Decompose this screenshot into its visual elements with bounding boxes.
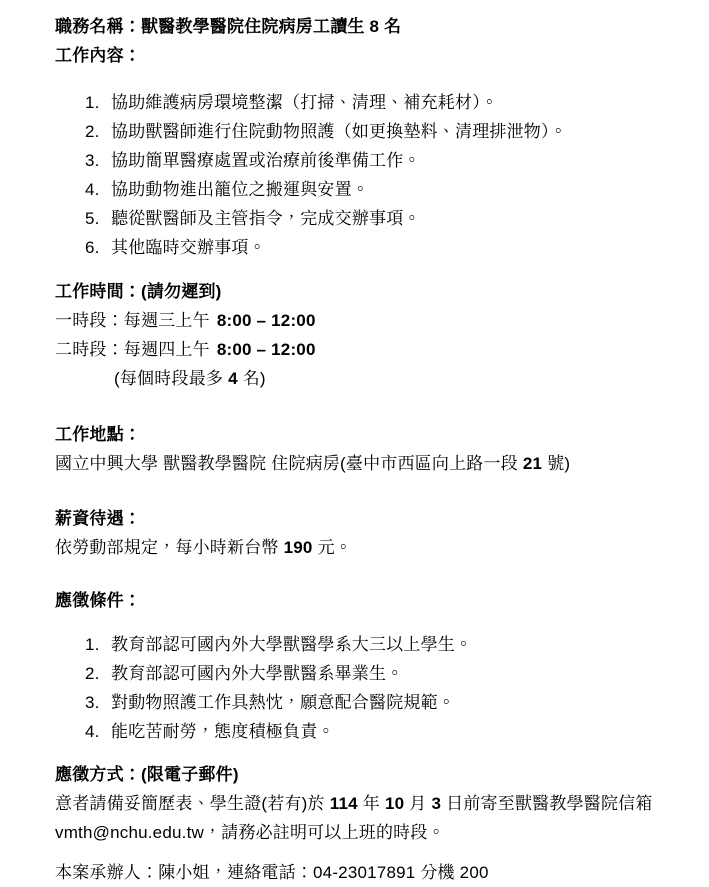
application-instructions-line2: vmth@nchu.edu.tw，請務必註明可以上班的時段。 xyxy=(55,818,685,847)
list-item-text: 協助維護病房環境整潔（打掃、清理、補充耗材）。 xyxy=(111,88,685,117)
list-item: 5. 聽從獸醫師及主管指令，完成交辦事項。 xyxy=(85,204,685,233)
application-section: 應徵方式：(限電子郵件) 意者請備妥簡歷表、學生證(若有)於114年10月3日前… xyxy=(55,760,685,847)
deadline-day: 3 xyxy=(431,794,441,813)
application-method-heading: 應徵方式：(限電子郵件) xyxy=(55,760,685,789)
list-item-number: 6. xyxy=(85,233,111,262)
list-item-number: 1. xyxy=(85,630,111,659)
contact-phone: 04-23017891 分機 200 xyxy=(313,863,489,882)
list-item-number: 4. xyxy=(85,175,111,204)
list-item-number: 4. xyxy=(85,717,111,746)
application-text: ，請務必註明可以上班的時段。 xyxy=(204,823,445,842)
requirements-section: 應徵條件： 1. 教育部認可國內外大學獸醫學系大三以上學生。 2. 教育部認可國… xyxy=(55,586,685,746)
job-title-line: 職務名稱：獸醫教學醫院住院病房工讀生 8 名 xyxy=(55,12,685,41)
street-number: 21 xyxy=(523,454,542,473)
list-item: 3. 對動物照護工作具熱忱，願意配合醫院規範。 xyxy=(85,688,685,717)
location-text: 國立中興大學 獸醫教學醫院 住院病房(臺中市西區向上路一段 xyxy=(55,454,518,473)
list-item-number: 2. xyxy=(85,117,111,146)
salary-section: 薪資待遇： 依勞動部規定，每小時新台幣190元。 xyxy=(55,504,685,562)
salary-value: 依勞動部規定，每小時新台幣190元。 xyxy=(55,533,685,562)
list-item: 4. 能吃苦耐勞，態度積極負責。 xyxy=(85,717,685,746)
work-location-heading: 工作地點： xyxy=(55,420,685,449)
list-item: 2. 教育部認可國內外大學獸醫系畢業生。 xyxy=(85,659,685,688)
max-per-slot: 4 xyxy=(228,369,238,388)
contact-sep: ，連絡電話： xyxy=(210,863,313,882)
note-text: (每個時段最多 xyxy=(114,369,223,388)
application-text: 月 xyxy=(409,794,426,813)
application-instructions-line1: 意者請備妥簡歷表、學生證(若有)於114年10月3日前寄至獸醫教學醫院信箱 xyxy=(55,789,685,818)
location-text: 號) xyxy=(547,454,570,473)
slot2-time: 8:00 – 12:00 xyxy=(217,340,316,359)
job-posting-document: 職務名稱：獸醫教學醫院住院病房工讀生 8 名 工作內容： 1. 協助維護病房環境… xyxy=(0,0,709,887)
work-content-heading: 工作內容： xyxy=(55,41,685,70)
list-item-text: 協助動物進出籠位之搬運與安置。 xyxy=(111,175,685,204)
email-address: vmth@nchu.edu.tw xyxy=(55,823,204,842)
slot1-time: 8:00 – 12:00 xyxy=(217,311,316,330)
deadline-year: 114 xyxy=(330,794,358,813)
list-item-text: 能吃苦耐勞，態度積極負責。 xyxy=(111,717,685,746)
list-item: 4. 協助動物進出籠位之搬運與安置。 xyxy=(85,175,685,204)
list-item-text: 聽從獸醫師及主管指令，完成交辦事項。 xyxy=(111,204,685,233)
list-item-text: 教育部認可國內外大學獸醫系畢業生。 xyxy=(111,659,685,688)
list-item-number: 3. xyxy=(85,688,111,717)
list-item-number: 2. xyxy=(85,659,111,688)
work-location-section: 工作地點： 國立中興大學 獸醫教學醫院 住院病房(臺中市西區向上路一段21號) xyxy=(55,420,685,478)
contact-line: 本案承辦人：陳小姐，連絡電話：04-23017891 分機 200 xyxy=(55,858,685,887)
salary-text: 元。 xyxy=(318,538,352,557)
work-time-slot2: 二時段：每週四上午8:00 – 12:00 xyxy=(55,335,685,364)
list-item-number: 5. xyxy=(85,204,111,233)
list-item: 1. 教育部認可國內外大學獸醫學系大三以上學生。 xyxy=(85,630,685,659)
slot1-label: 一時段：每週三上午 xyxy=(55,311,210,330)
contact-person: 陳小姐 xyxy=(158,863,210,882)
work-location-value: 國立中興大學 獸醫教學醫院 住院病房(臺中市西區向上路一段21號) xyxy=(55,449,685,478)
work-time-slot1: 一時段：每週三上午8:00 – 12:00 xyxy=(55,306,685,335)
deadline-month: 10 xyxy=(385,794,404,813)
requirements-heading: 應徵條件： xyxy=(55,586,685,615)
application-text: 日前寄至獸醫教學醫院信箱 xyxy=(446,794,652,813)
application-text: 意者請備妥簡歷表、學生證(若有)於 xyxy=(55,794,325,813)
list-item-text: 協助獸醫師進行住院動物照護（如更換墊料、清理排泄物）。 xyxy=(111,117,685,146)
list-item: 1. 協助維護病房環境整潔（打掃、清理、補充耗材）。 xyxy=(85,88,685,117)
slot2-label: 二時段：每週四上午 xyxy=(55,340,210,359)
salary-text: 依勞動部規定，每小時新台幣 xyxy=(55,538,279,557)
work-time-section: 工作時間：(請勿遲到) 一時段：每週三上午8:00 – 12:00 二時段：每週… xyxy=(55,277,685,393)
list-item-text: 對動物照護工作具熱忱，願意配合醫院規範。 xyxy=(111,688,685,717)
requirements-list: 1. 教育部認可國內外大學獸醫學系大三以上學生。 2. 教育部認可國內外大學獸醫… xyxy=(55,630,685,746)
list-item-text: 其他臨時交辦事項。 xyxy=(111,233,685,262)
list-item: 3. 協助簡單醫療處置或治療前後準備工作。 xyxy=(85,146,685,175)
note-text: 名) xyxy=(243,369,266,388)
list-item: 6. 其他臨時交辦事項。 xyxy=(85,233,685,262)
hourly-rate: 190 xyxy=(284,538,313,557)
list-item: 2. 協助獸醫師進行住院動物照護（如更換墊料、清理排泄物）。 xyxy=(85,117,685,146)
list-item-number: 1. xyxy=(85,88,111,117)
work-content-list: 1. 協助維護病房環境整潔（打掃、清理、補充耗材）。 2. 協助獸醫師進行住院動… xyxy=(55,88,685,262)
application-text: 年 xyxy=(363,794,380,813)
list-item-text: 協助簡單醫療處置或治療前後準備工作。 xyxy=(111,146,685,175)
contact-label: 本案承辦人： xyxy=(55,863,158,882)
work-time-note: (每個時段最多4名) xyxy=(114,364,685,393)
list-item-text: 教育部認可國內外大學獸醫學系大三以上學生。 xyxy=(111,630,685,659)
work-time-heading: 工作時間：(請勿遲到) xyxy=(55,277,685,306)
list-item-number: 3. xyxy=(85,146,111,175)
salary-heading: 薪資待遇： xyxy=(55,504,685,533)
